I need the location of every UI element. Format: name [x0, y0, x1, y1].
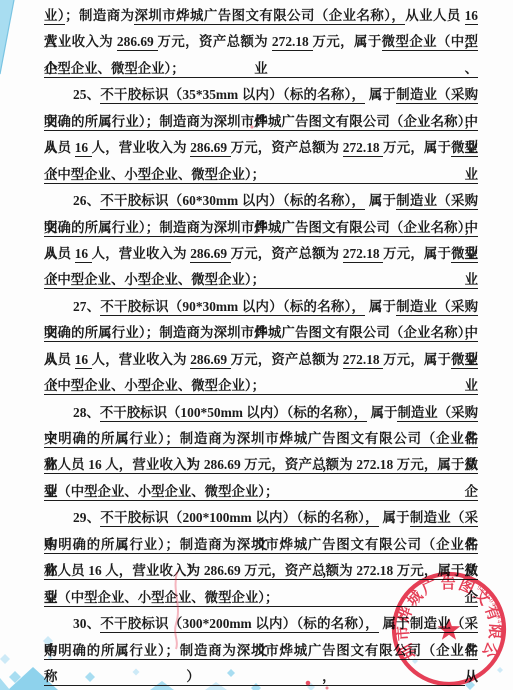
decor-diamond: [0, 654, 10, 664]
text-segment: 29、: [73, 510, 100, 525]
underlined-text-segment: 明确的所属行业）: [44, 220, 146, 237]
text-segment: 人，营业收入为: [92, 352, 191, 367]
underlined-text-segment: 中明确的所属行业）: [44, 643, 166, 660]
text-segment: 人，营业收入为: [105, 457, 204, 472]
text-line: 人员 16 人，营业收入为 286.69 万元，资产总额为 272.18 万元，…: [44, 241, 478, 267]
underlined-text-segment: （中型企业、小型企业、微型企业）: [44, 378, 252, 395]
underlined-text-segment: 272.18: [343, 140, 383, 157]
text-segment: ；: [265, 484, 278, 499]
text-line: 28、不干胶标识（100*50mm 以内）（标的名称）， 属于制造业（采购文件: [44, 400, 478, 426]
text-segment: 属于: [367, 405, 397, 420]
text-segment: 25、: [73, 87, 100, 102]
text-segment: 万元，属于: [397, 457, 465, 472]
text-segment: 营业收入为: [44, 34, 117, 49]
underlined-text-segment: 286.69: [190, 352, 230, 369]
underlined-text-segment: 286.69: [190, 246, 230, 263]
text-segment: 人，营业收入为: [105, 563, 204, 578]
underlined-text-segment: 16: [88, 457, 105, 474]
text-segment: ；制造商为: [146, 114, 214, 129]
text-segment: 万元，资产总额为: [244, 457, 356, 472]
underlined-text-segment: 不干胶标识（90*30mm 以内）（标的名称），: [100, 299, 365, 316]
text-segment: 万元，资产总额为: [231, 140, 343, 155]
underlined-text-segment: （中型企业、小型企业、微型企业）: [44, 272, 252, 289]
seal-star-icon: [438, 618, 461, 640]
underlined-text-segment: 不干胶标识（200*100mm 以内）（标的名称），: [100, 510, 378, 527]
decor-diamond: [9, 671, 21, 683]
underlined-text-segment: 16: [88, 563, 105, 580]
text-segment: 28、: [73, 405, 100, 420]
underlined-text-segment: 16: [75, 140, 92, 157]
text-segment: 属于: [379, 510, 410, 525]
text-segment: 万元，资产总额为: [231, 352, 343, 367]
text-line: 人员 16 人，营业收入为 286.69 万元，资产总额为 272.18 万元，…: [44, 347, 478, 373]
text-segment: ；: [265, 590, 278, 605]
text-segment: 30、: [73, 616, 100, 631]
text-segment: 业人员: [44, 563, 88, 578]
text-segment: 从业人员: [405, 8, 464, 23]
text-segment: ；: [252, 378, 265, 393]
underlined-text-segment: 业（中型企业、小型企业、微型企业）: [44, 590, 265, 607]
underlined-text-segment: 286.69: [117, 34, 158, 51]
text-line: 业人员 16 人，营业收入为 286.69 万元，资产总额为 272.18 万元…: [44, 452, 478, 478]
decor-corner-edge: [0, 0, 14, 74]
underlined-text-segment: （中型企业、小型企业、微型企业）: [44, 167, 252, 184]
underlined-text-segment: 不干胶标识（100*50mm 以内）（标的名称），: [100, 405, 367, 422]
underlined-text-segment: 不干胶标识（60*30mm 以内）（标的名称），: [100, 193, 365, 210]
underlined-text-segment: 深圳市烨城广告图文有限公司（企业名称），: [214, 220, 478, 237]
text-segment: 27、: [73, 299, 100, 314]
text-segment: 人员: [44, 352, 75, 367]
text-segment: 万元，资产总额为: [158, 34, 272, 49]
text-segment: ；制造商为: [146, 220, 214, 235]
text-segment: ；制造商为: [166, 643, 237, 658]
text-segment: ；: [252, 272, 265, 287]
underlined-text-segment: 16: [465, 8, 478, 25]
company-seal-stamp: 深圳市烨城广告图文有限公司 98960403044: [388, 568, 510, 690]
underlined-text-segment: 不干胶标识（35*35mm 以内）（标的名称），: [100, 87, 365, 104]
text-segment: 属于: [365, 193, 396, 208]
underlined-text-segment: 中明确的所属行业）: [44, 537, 166, 554]
text-segment: ；: [171, 61, 184, 76]
underlined-text-segment: 深圳市烨城广告图文有限公司（企业名称），: [134, 8, 405, 25]
text-segment: 属于: [365, 299, 396, 314]
text-line: 营业收入为 286.69 万元，资产总额为 272.18 万元，属于微型企业（中…: [44, 29, 478, 55]
text-segment: 万元，属于: [313, 34, 382, 49]
underlined-text-segment: 深圳市烨城广告图文有限公司（企业名称），: [214, 114, 478, 131]
underlined-text-segment: 不干胶标识（300*200mm 以内）（标的名称），: [100, 616, 378, 633]
text-segment: ；制造商为: [146, 325, 214, 340]
text-line: 明确的所属行业）；制造商为深圳市烨城广告图文有限公司（企业名称），从业: [44, 320, 478, 346]
decor-corner-triangle: [0, 0, 14, 75]
text-segment: 属于: [365, 87, 396, 102]
underlined-text-segment: 深圳市烨城广告图文有限公司（企业名称），: [214, 325, 478, 342]
underlined-text-segment: 16: [75, 246, 92, 263]
text-segment: 万元，属于: [383, 352, 451, 367]
underlined-text-segment: 业（中型企业、小型企业、微型企业）: [44, 484, 265, 501]
underlined-text-segment: 业）: [44, 8, 65, 25]
underlined-text-segment: 16: [75, 352, 92, 369]
text-line: 明确的所属行业）；制造商为深圳市烨城广告图文有限公司（企业名称），从业: [44, 109, 478, 135]
text-segment: 业人员: [44, 457, 88, 472]
underlined-text-segment: 286.69: [204, 457, 244, 474]
underlined-text-segment: 明确的所属行业）: [44, 325, 146, 342]
text-line: 中明确的所属行业）；制造商为深圳市烨城广告图文有限公司（企业名称），从: [44, 532, 478, 558]
text-line: 29、不干胶标识（200*100mm 以内）（标的名称）， 属于制造业（采购文件: [44, 505, 478, 531]
text-segment: ；制造商为: [166, 537, 237, 552]
underlined-text-segment: 286.69: [204, 563, 244, 580]
text-line: 26、不干胶标识（60*30mm 以内）（标的名称）， 属于制造业（采购文件中: [44, 188, 478, 214]
text-segment: 万元，属于: [383, 246, 451, 261]
underlined-text-segment: 272.18: [356, 457, 396, 474]
text-segment: 人员: [44, 246, 75, 261]
text-segment: 人，营业收入为: [92, 140, 191, 155]
text-line: 明确的所属行业）；制造商为深圳市烨城广告图文有限公司（企业名称），从业: [44, 215, 478, 241]
seal-company-text: 深圳市烨城广告图文有限公司: [388, 568, 504, 662]
underlined-text-segment: 小型企业、微型企业）: [44, 61, 171, 78]
text-segment: 万元，资产总额为: [244, 563, 356, 578]
text-segment: 万元，属于: [383, 140, 451, 155]
decor-triangle: [0, 678, 10, 690]
text-line: 25、不干胶标识（35*35mm 以内）（标的名称）， 属于制造业（采购文件中: [44, 82, 478, 108]
text-segment: 人，营业收入为: [92, 246, 191, 261]
text-segment: ；: [252, 167, 265, 182]
text-segment: 万元，资产总额为: [231, 246, 343, 261]
text-line: 业）；制造商为深圳市烨城广告图文有限公司（企业名称），从业人员 16 人，: [44, 3, 478, 29]
underlined-text-segment: 明确的所属行业）: [44, 114, 146, 131]
underlined-text-segment: 272.18: [343, 246, 383, 263]
document-body: 业）；制造商为深圳市烨城广告图文有限公司（企业名称），从业人员 16 人，营业收…: [44, 3, 478, 664]
text-line: 中明确的所属行业）；制造商为深圳市烨城广告图文有限公司（企业名称），从: [44, 426, 478, 452]
text-segment: 人员: [44, 140, 75, 155]
underlined-text-segment: 272.18: [343, 352, 383, 369]
text-line: 人员 16 人，营业收入为 286.69 万元，资产总额为 272.18 万元，…: [44, 135, 478, 161]
text-segment: ；制造商为: [166, 431, 237, 446]
underlined-text-segment: 272.18: [272, 34, 313, 51]
text-segment: 26、: [73, 193, 100, 208]
text-line: 27、不干胶标识（90*30mm 以内）（标的名称）， 属于制造业（采购文件中: [44, 294, 478, 320]
underlined-text-segment: 中明确的所属行业）: [44, 431, 166, 448]
text-segment: ；制造商为: [65, 8, 134, 23]
underlined-text-segment: 286.69: [190, 140, 230, 157]
